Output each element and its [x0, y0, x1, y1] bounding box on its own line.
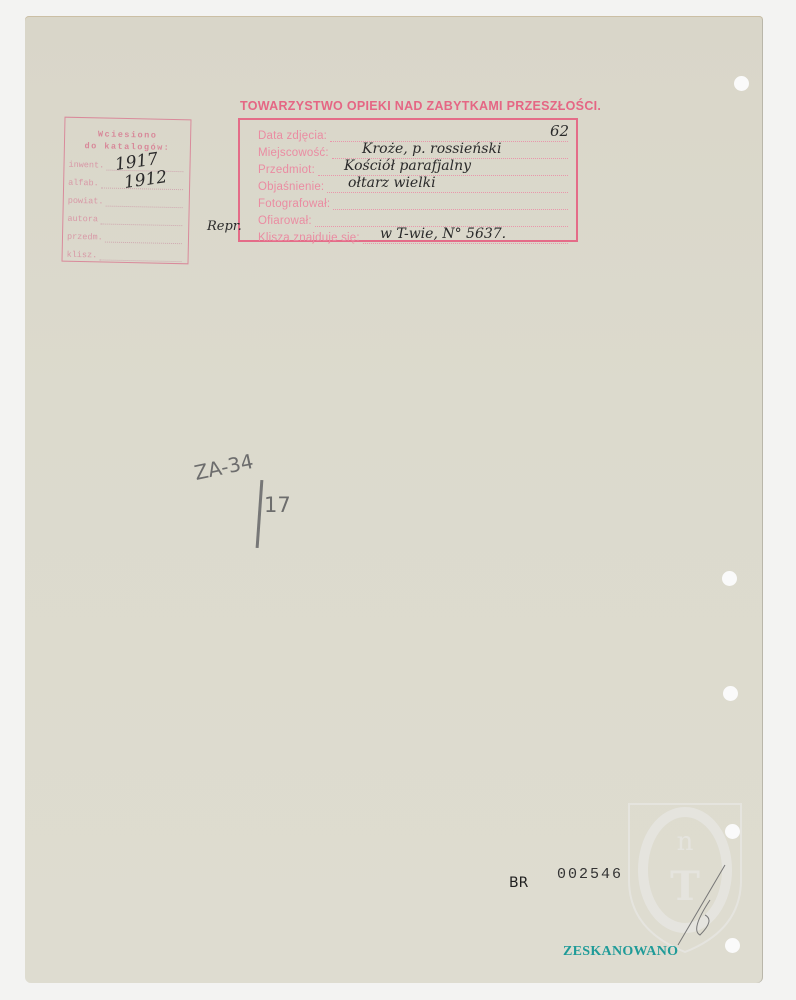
punch-hole [734, 76, 749, 91]
catalog-row: przedm. [67, 224, 182, 244]
catalog-row: klisz. [67, 242, 182, 262]
svg-text:n: n [677, 827, 694, 857]
pencil-number: 17 [264, 493, 291, 517]
signature-scribble-icon [670, 860, 730, 950]
repr-margin-note: Repr. [207, 219, 242, 234]
society-stamp-title: TOWARZYSTWO OPIEKI NAD ZABYTKAMI PRZESZŁ… [240, 99, 601, 113]
negative-location-value: w T-wie, N° 5637. [380, 226, 506, 242]
field-row-negative: Klisza znajduje się: w T-wie, N° 5637. [258, 226, 568, 244]
description-value: ołtarz wielki [348, 175, 436, 191]
field-row-subject: Przedmiot: Kościół parafjalny [258, 158, 568, 176]
date-value: 62 [550, 122, 569, 140]
br-label: BR [509, 875, 528, 891]
field-row-photographer: Fotografował: [258, 192, 568, 210]
field-row-place: Miejscowość: Kroże, p. rossieński [258, 141, 568, 159]
subject-value: Kościół parafjalny [344, 158, 471, 174]
field-row-date: Data zdjęcia: 62 [258, 124, 568, 142]
photo-info-stamp: Data zdjęcia: 62 Miejscowość: Kroże, p. … [238, 118, 578, 242]
field-row-donor: Ofiarował: [258, 209, 568, 227]
scanned-stamp: ZESKANOWANO [563, 944, 678, 960]
catalog-row: autora [67, 206, 182, 226]
punch-hole [722, 571, 737, 586]
punch-hole [723, 686, 738, 701]
serial-number: 002546 [557, 866, 623, 883]
field-row-description: Objaśnienie: ołtarz wielki [258, 175, 568, 193]
place-value: Kroże, p. rossieński [362, 141, 501, 157]
